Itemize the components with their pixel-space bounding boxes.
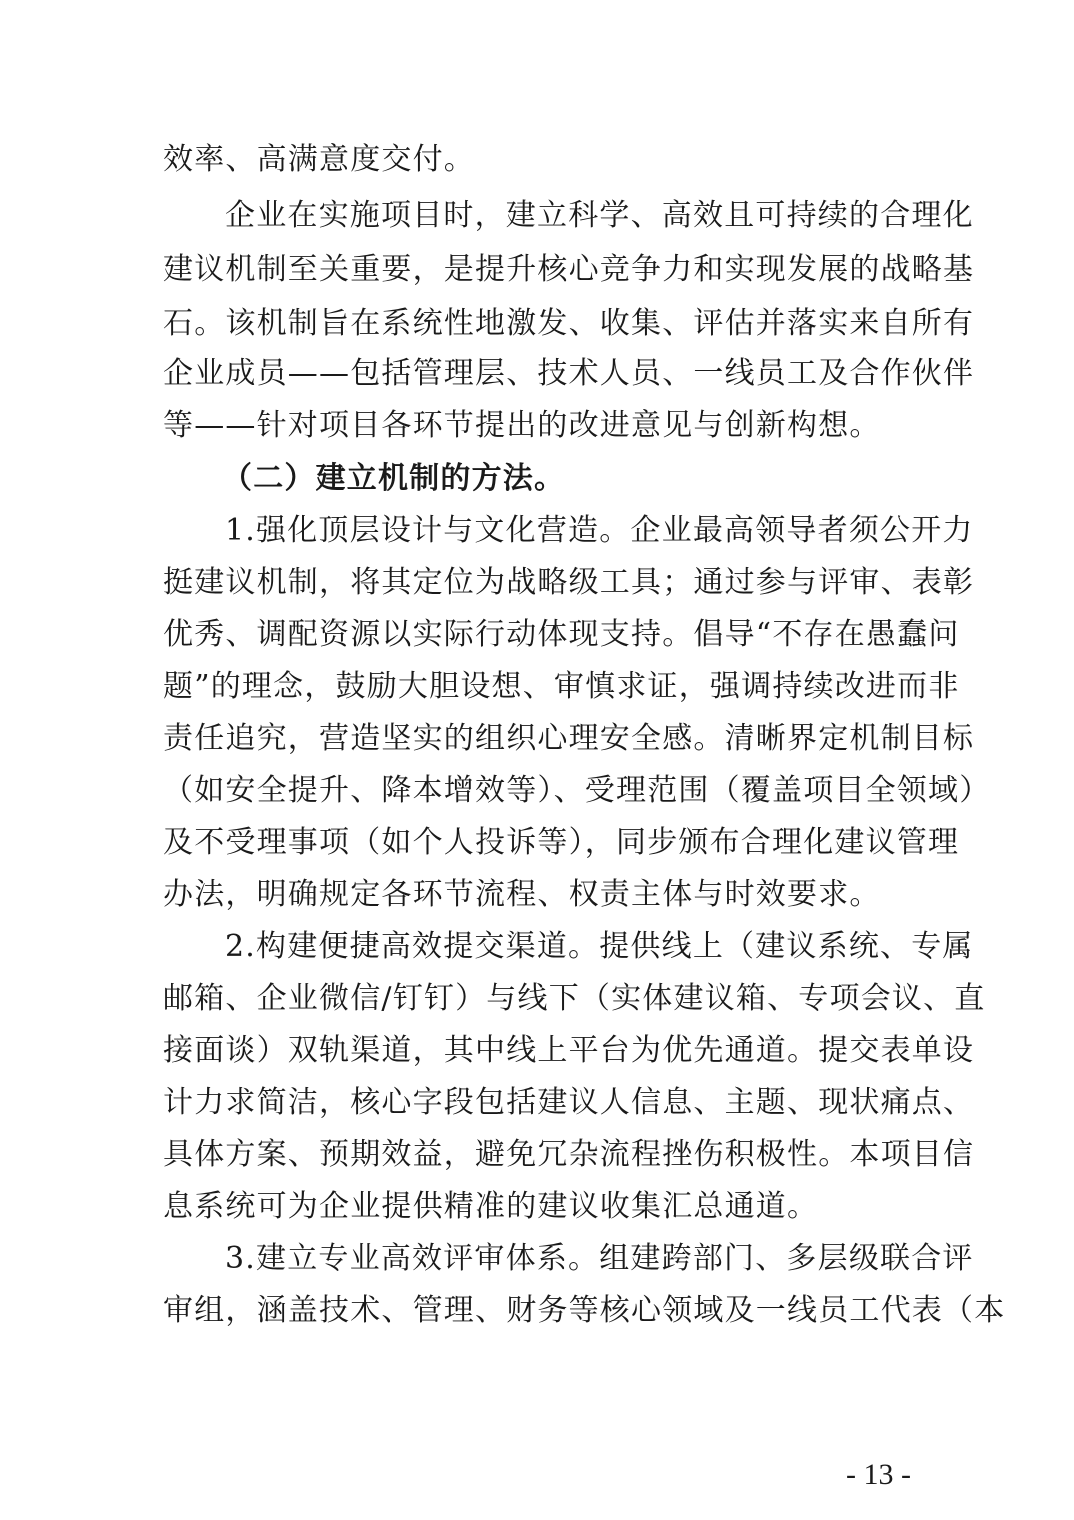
text-line: 责任追究，营造坚实的组织心理安全感。清晰界定机制目标 — [163, 719, 915, 759]
text-line: 3.建立专业高效评审体系。组建跨部门、多层级联合评 — [225, 1239, 915, 1279]
text-line: 企业成员——包括管理层、技术人员、一线员工及合作伙伴 — [163, 354, 915, 394]
text-line: 石。该机制旨在系统性地激发、收集、评估并落实来自所有 — [163, 304, 915, 344]
text-line: 1.强化顶层设计与文化营造。企业最高领导者须公开力 — [225, 511, 915, 551]
text-line: 题”的理念，鼓励大胆设想、审慎求证，强调持续改进而非 — [163, 667, 915, 707]
text-line: 邮箱、企业微信/钉钉）与线下（实体建议箱、专项会议、直 — [163, 979, 915, 1019]
text-line: 具体方案、预期效益，避免冗杂流程挫伤积极性。本项目信 — [163, 1135, 915, 1175]
text-line: 办法，明确规定各环节流程、权责主体与时效要求。 — [163, 875, 915, 915]
page-number: - 13 - — [846, 1455, 911, 1495]
section-heading: （二）建立机制的方法。 — [222, 459, 622, 499]
text-line: 息系统可为企业提供精准的建议收集汇总通道。 — [163, 1187, 915, 1227]
text-line: 效率、高满意度交付。 — [163, 140, 915, 180]
text-line: 2.构建便捷高效提交渠道。提供线上（建议系统、专属 — [225, 927, 915, 967]
text-line: 接面谈）双轨渠道，其中线上平台为优先通道。提交表单设 — [163, 1031, 915, 1071]
text-line: 企业在实施项目时，建立科学、高效且可持续的合理化 — [225, 196, 915, 236]
document-page: 效率、高满意度交付。企业在实施项目时，建立科学、高效且可持续的合理化建议机制至关… — [0, 0, 1074, 1520]
text-line: 优秀、调配资源以实际行动体现支持。倡导“不存在愚蠢问 — [163, 615, 915, 655]
text-line: 挺建议机制，将其定位为战略级工具；通过参与评审、表彰 — [163, 563, 915, 603]
text-line: （如安全提升、降本增效等）、受理范围（覆盖项目全领域） — [163, 771, 915, 811]
text-line: 计力求简洁，核心字段包括建议人信息、主题、现状痛点、 — [163, 1083, 915, 1123]
text-line: 等——针对项目各环节提出的改进意见与创新构想。 — [163, 406, 915, 446]
text-line: 审组，涵盖技术、管理、财务等核心领域及一线员工代表（本 — [163, 1291, 915, 1331]
text-line: 建议机制至关重要，是提升核心竞争力和实现发展的战略基 — [163, 250, 915, 290]
text-line: 及不受理事项（如个人投诉等），同步颁布合理化建议管理 — [163, 823, 915, 863]
